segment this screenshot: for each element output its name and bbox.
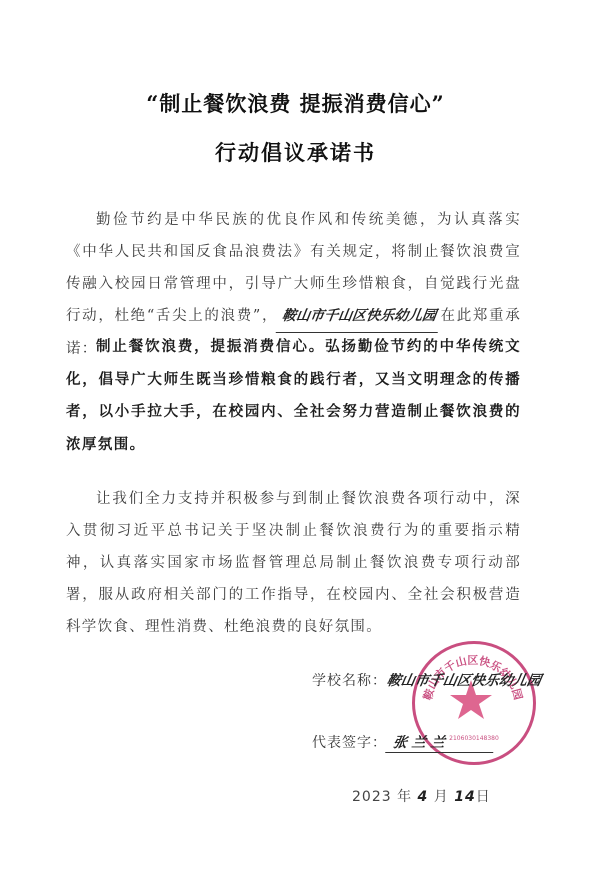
representative-label: 代表签字： xyxy=(312,732,387,752)
document-page: “制止餐饮浪费 提振消费信心” 行动倡议承诺书 勤俭节约是中华民族的优良作风和传… xyxy=(0,0,591,886)
date-year-unit: 年 xyxy=(397,789,412,805)
date-year: 2023 xyxy=(352,789,392,805)
signing-date: 2023 年 4 月 14日 xyxy=(352,786,491,806)
document-subtitle: 行动倡议承诺书 xyxy=(0,137,591,167)
document-title: “制止餐饮浪费 提振消费信心” xyxy=(0,88,591,118)
representative-signature: 张 兰 兰 xyxy=(385,732,497,753)
handwritten-school-name: 鞍山市千山区快乐幼儿园 xyxy=(276,300,443,333)
date-month: 4 xyxy=(418,789,429,805)
school-name-label: 学校名称： xyxy=(312,670,387,690)
paragraph-action: 让我们全力支持并积极参与到制止餐饮浪费各项行动中，深入贯彻习近平总书记关于坚决制… xyxy=(66,483,521,643)
school-name-handwritten: 鞍山市千山区快乐幼儿园 xyxy=(385,670,543,690)
date-day: 14 xyxy=(454,789,475,805)
representative-signature-row: 代表签字：张 兰 兰 xyxy=(312,732,495,753)
school-name-row: 学校名称：鞍山市千山区快乐幼儿园 xyxy=(312,670,541,690)
date-day-unit: 日 xyxy=(476,789,491,805)
paragraph-commitment: 制止餐饮浪费，提振消费信心。弘扬勤俭节约的中华传统文化，倡导广大师生既当珍惜粮食… xyxy=(66,331,521,461)
date-month-unit: 月 xyxy=(434,789,449,805)
